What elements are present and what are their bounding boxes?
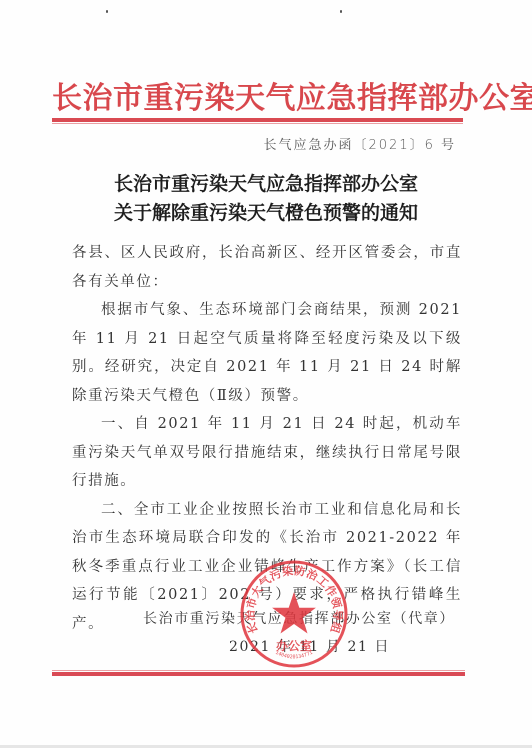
document-body: 各县、区人民政府，长治高新区、经开区管委会，市直各有关单位： 根据市气象、生态环… <box>72 239 462 638</box>
document-number: 长气应急办函〔2021〕6 号 <box>264 134 457 153</box>
header-red-rule-thin <box>52 123 463 124</box>
signature-date: 2021 年 11 月 21 日 <box>229 636 390 656</box>
body-paragraph-1: 根据市气象、生态环境部门会商结果，预测 2021 年 11 月 21 日起空气质… <box>72 296 462 410</box>
document-title-line-1: 长治市重污染天气应急指挥部办公室 <box>60 170 472 199</box>
footer-red-rule-thin <box>52 670 465 671</box>
scan-speck <box>106 10 108 13</box>
document-page: 长治市重污染天气应急指挥部办公室 长气应急办函〔2021〕6 号 长治市重污染天… <box>0 0 532 745</box>
document-title-line-2: 关于解除重污染天气橙色预警的通知 <box>60 199 472 228</box>
scan-speck <box>340 10 342 13</box>
header-red-rule <box>52 118 463 122</box>
salutation: 各县、区人民政府，长治高新区、经开区管委会，市直各有关单位： <box>72 239 462 296</box>
body-paragraph-2: 一、自 2021 年 11 月 21 日 24 时起，机动车重污染天气单双号限行… <box>72 410 462 496</box>
footer-red-rule <box>52 672 465 676</box>
red-header-issuing-authority: 长治市重污染天气应急指挥部办公室 <box>52 80 464 118</box>
document-title: 长治市重污染天气应急指挥部办公室 关于解除重污染天气橙色预警的通知 <box>60 170 472 228</box>
signature-organization: 长治市重污染天气应急指挥部办公室（代章） <box>143 608 455 628</box>
